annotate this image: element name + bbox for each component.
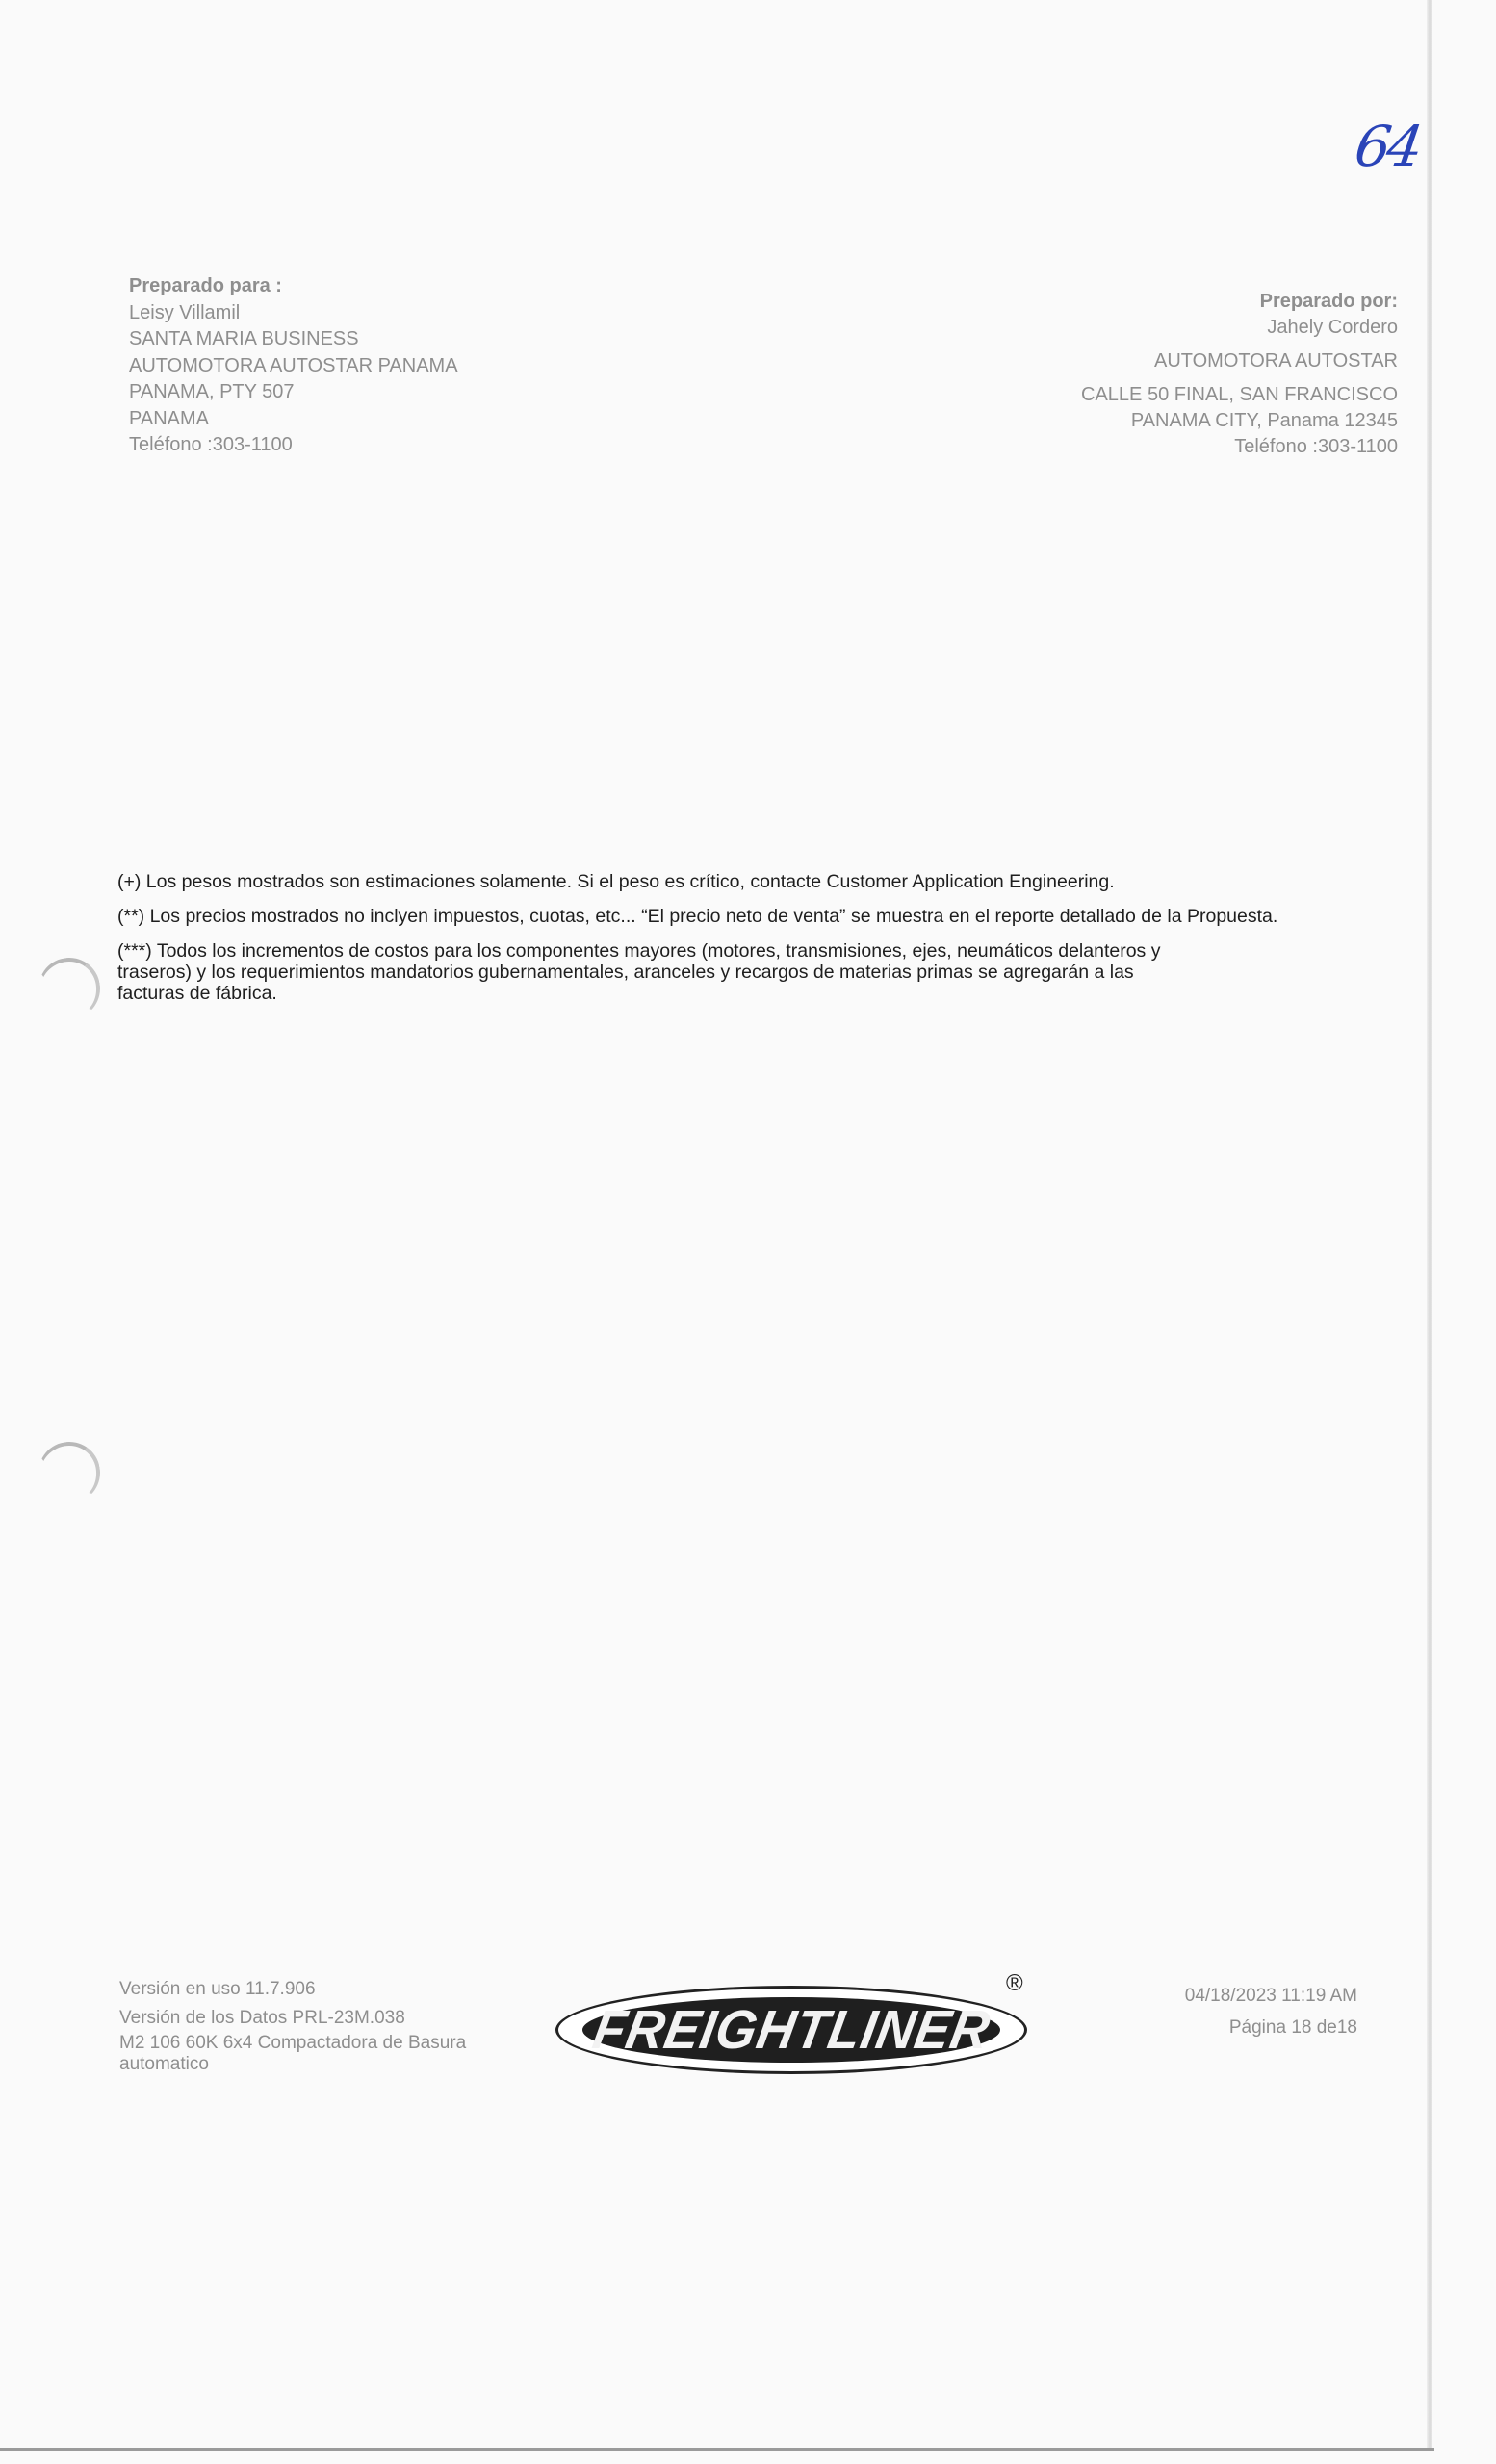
prepared-by-address2: PANAMA CITY, Panama 12345: [1081, 408, 1398, 434]
logo-text: FREIGHTLINER: [588, 1998, 994, 2061]
prepared-for-phone: Teléfono :303-1100: [129, 432, 458, 459]
prepared-by-label: Preparado por:: [1081, 289, 1398, 315]
note-prices: (**) Los precios mostrados no inclyen im…: [117, 906, 1369, 927]
report-datetime: 04/18/2023 11:19 AM: [1185, 1980, 1357, 2012]
prepared-by-phone: Teléfono :303-1100: [1081, 434, 1398, 460]
prepared-for-business: SANTA MARIA BUSINESS: [129, 326, 458, 353]
prepared-for-city: PANAMA, PTY 507: [129, 379, 458, 406]
prepared-by-address1: CALLE 50 FINAL, SAN FRANCISCO: [1081, 382, 1398, 408]
prepared-for-country: PANAMA: [129, 406, 458, 433]
prepared-by-name: Jahely Cordero: [1081, 315, 1398, 341]
prepared-for-block: Preparado para : Leisy Villamil SANTA MA…: [129, 273, 458, 459]
page-edge-right: [1427, 0, 1432, 2450]
handwritten-page-number: 64: [1351, 114, 1423, 179]
data-version: Versión de los Datos PRL-23M.038: [119, 2004, 524, 2033]
page-edge-bottom: [0, 2448, 1434, 2451]
punch-hole-mark: [34, 953, 105, 1024]
prepared-for-name: Leisy Villamil: [129, 300, 458, 327]
punch-hole-mark: [34, 1437, 105, 1508]
prepared-by-block: Preparado por: Jahely Cordero AUTOMOTORA…: [1081, 289, 1398, 460]
prepared-for-label: Preparado para :: [129, 273, 458, 300]
page-number: Página 18 de18: [1185, 2012, 1357, 2043]
registered-trademark-icon: ®: [1006, 1970, 1023, 1997]
freightliner-logo: FREIGHTLINER: [555, 1986, 1027, 2074]
prepared-by-company: AUTOMOTORA AUTOSTAR: [1081, 348, 1398, 374]
truck-model: M2 106 60K 6x4 Compactadora de Basura au…: [119, 2033, 524, 2075]
disclaimer-notes: (+) Los pesos mostrados son estimaciones…: [117, 871, 1369, 1017]
note-weights: (+) Los pesos mostrados son estimaciones…: [117, 871, 1369, 892]
footer-version-info: Versión en uso 11.7.906 Versión de los D…: [119, 1975, 524, 2075]
software-version: Versión en uso 11.7.906: [119, 1975, 524, 2004]
footer-date-page: 04/18/2023 11:19 AM Página 18 de18: [1185, 1980, 1357, 2043]
note-cost-increases: (***) Todos los incrementos de costos pa…: [117, 940, 1205, 1004]
prepared-for-company: AUTOMOTORA AUTOSTAR PANAMA: [129, 353, 458, 380]
